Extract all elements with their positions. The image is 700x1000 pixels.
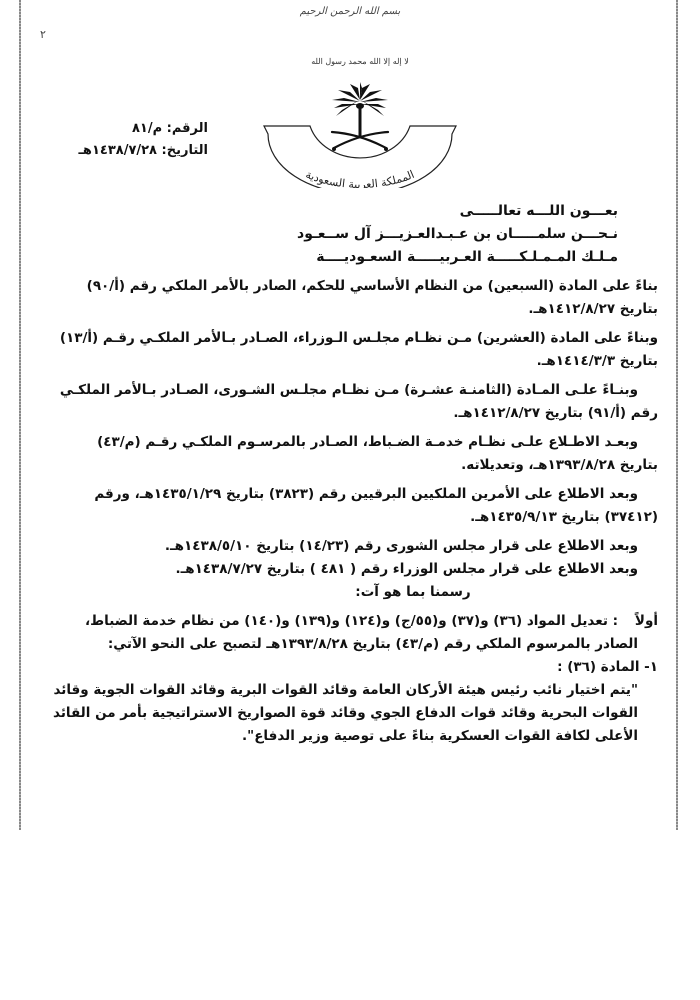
recital: وبنـاءً علـى المـادة (الثامنـة عشـرة) مـ… [48, 379, 658, 425]
decree-intro: رسمنا بما هو آت: [48, 581, 658, 604]
page-number: ٢ [40, 28, 46, 41]
recital-line: بتاريخ ١٤١٢/٨/٢٧هـ. [48, 298, 658, 321]
article-36-line: الأعلى لكافة القوات العسكرية بناءً على ت… [48, 725, 638, 748]
svg-text:لا إله إلا الله محمد رسول الله: لا إله إلا الله محمد رسول الله [311, 57, 409, 66]
recital: بناءً على المادة (السبعين) من النظام الأ… [48, 275, 658, 321]
recital-line: بتاريخ ١٣٩٣/٨/٢٨هـ، وتعديلاته. [48, 454, 658, 477]
clause-first: أولاً: تعديل المواد (٣٦) و(٣٧) و(٥٥/ج) و… [48, 610, 658, 656]
preamble-king-name: نـحـــن سلمـــــان بن عـبـدالعـزيـــز آل… [48, 223, 618, 246]
saudi-emblem-icon: لا إله إلا الله محمد رسول الله المملكة ا… [262, 38, 458, 188]
article-36-line: القوات البحرية وقائد قوات الدفاع الجوي و… [48, 702, 638, 725]
reference-number-label: الرقم: [167, 121, 208, 136]
recital-line: وبعد الاطلاع على قرار مجلس الوزراء رقم (… [48, 558, 638, 581]
reference-block: الرقم: م/٨١ التاريخ: ١٤٣٨/٧/٢٨هـ [58, 118, 208, 162]
reference-date-label: التاريخ: [162, 143, 208, 158]
article-36-line: "يتم اختيار نائب رئيس هيئة الأركان العام… [48, 679, 638, 702]
recital-line: بناءً على المادة (السبعين) من النظام الأ… [48, 275, 658, 298]
recital-line: (٣٧٤١٢) بتاريخ ١٤٣٥/٩/١٣هـ. [48, 506, 658, 529]
decree-body: بعـــون اللـــه تعالـــــى نـحـــن سلمــ… [48, 200, 658, 748]
recital-line: وبعـد الاطـلاع علـى نظـام خدمـة الضـباط،… [48, 431, 638, 454]
page-border-left [19, 0, 21, 830]
recital-line: وبعد الاطلاع على قرار مجلس الشورى رقم (١… [48, 535, 638, 558]
clause-first-label: أولاً [618, 610, 658, 633]
recital-line: وبناءً على المادة (العشرين) مـن نظـام مج… [48, 327, 658, 350]
svg-text:المملكة العربية السعودية: المملكة العربية السعودية [304, 168, 417, 188]
reference-number-value: م/٨١ [132, 121, 162, 136]
clause-first-line: الصادر بالمرسوم الملكي رقم (م/٤٣) بتاريخ… [48, 633, 638, 656]
article-36: ١- المادة (٣٦) : "يتم اختيار نائب رئيس ه… [48, 656, 658, 748]
reference-date: التاريخ: ١٤٣٨/٧/٢٨هـ [58, 140, 208, 162]
clause-first-line: أولاً: تعديل المواد (٣٦) و(٣٧) و(٥٥/ج) و… [48, 610, 658, 633]
clause-first-text: : تعديل المواد (٣٦) و(٣٧) و(٥٥/ج) و(١٢٤)… [85, 613, 618, 629]
recital-line: رقم (أ/٩١) بتاريخ ١٤١٢/٨/٢٧هـ. [48, 402, 658, 425]
recital-line: وبعد الاطلاع على الأمرين الملكيين البرقي… [48, 483, 638, 506]
recital: وبعـد الاطـلاع علـى نظـام خدمـة الضـباط،… [48, 431, 658, 477]
page-border-right [676, 0, 678, 830]
recital: وبناءً على المادة (العشرين) مـن نظـام مج… [48, 327, 658, 373]
article-36-heading: ١- المادة (٣٦) : [48, 656, 658, 679]
recital: وبعد الاطلاع على الأمرين الملكيين البرقي… [48, 483, 658, 529]
reference-number: الرقم: م/٨١ [58, 118, 208, 140]
reference-date-value: ١٤٣٨/٧/٢٨هـ [78, 143, 157, 158]
recital-line: بتاريخ ١٤١٤/٣/٣هـ. [48, 350, 658, 373]
bismillah-header: بسم الله الرحمن الرحيم [290, 6, 410, 17]
recital-line: وبنـاءً علـى المـادة (الثامنـة عشـرة) مـ… [48, 379, 638, 402]
preamble-invocation: بعـــون اللـــه تعالـــــى [48, 200, 618, 223]
recitals-short: وبعد الاطلاع على قرار مجلس الشورى رقم (١… [48, 535, 638, 581]
preamble-king-title: مـلـك المـمـلـكـــــة العـربيـــــة السع… [48, 246, 618, 269]
